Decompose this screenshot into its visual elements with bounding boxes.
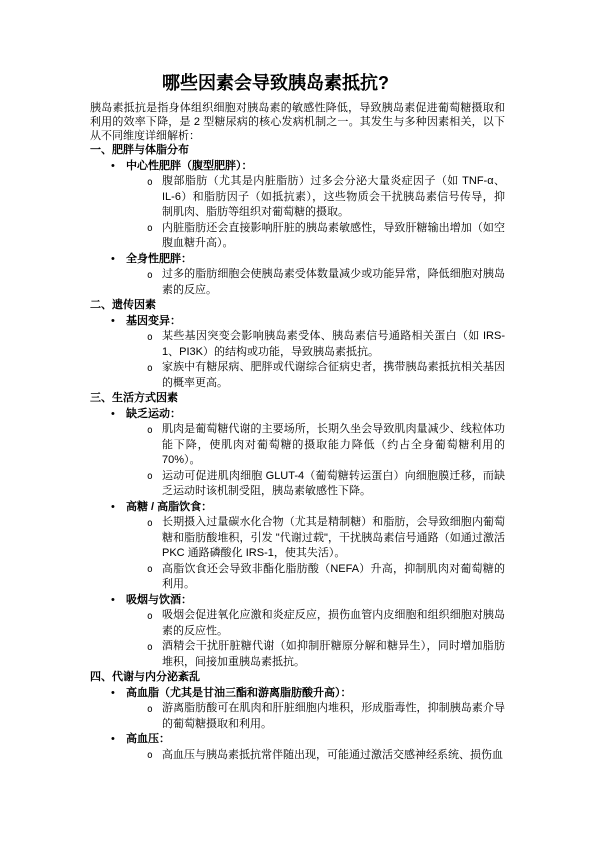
circle-bullet-icon: o	[147, 562, 153, 578]
sub-list-item: o高血压与胰岛素抵抗常伴随出现，可能通过激活交感神经系统、损伤血	[90, 748, 505, 764]
bullet-icon: •	[111, 593, 115, 609]
list-item-label: 高血脂（尤其是甘油三酯和游离脂肪酸升高）：	[126, 687, 352, 699]
sub-list-item: o高脂饮食还会导致非酯化脂肪酸（NEFA）升高，抑制肌肉对葡萄糖的利用。	[90, 562, 505, 593]
sections-container: 一、肥胖与体脂分布•中心性肥胖（腹型肥胖）：o腹部脂肪（尤其是内脏脂肪）过多会分…	[90, 143, 505, 763]
circle-bullet-icon: o	[147, 330, 153, 346]
sub-list-item: o家族中有糖尿病、肥胖或代谢综合征病史者，携带胰岛素抵抗相关基因的概率更高。	[90, 360, 505, 391]
bullet-icon: •	[111, 252, 115, 268]
sub-list-item-text: 游离脂肪酸可在肌肉和肝脏细胞内堆积，形成脂毒性，抑制胰岛素介导的葡萄糖摄取和利用…	[162, 702, 505, 730]
sub-list-item: o吸烟会促进氧化应激和炎症反应，损伤血管内皮细胞和组织细胞对胰岛素的反应性。	[90, 608, 505, 639]
section-heading: 二、遗传因素	[90, 298, 505, 314]
sub-list-item: o腹部脂肪（尤其是内脏脂肪）过多会分泌大量炎症因子（如 TNF-α、IL-6）和…	[90, 174, 505, 221]
bullet-icon: •	[111, 500, 115, 516]
list-item: •中心性肥胖（腹型肥胖）：	[90, 159, 505, 175]
list-item-label: 缺乏运动：	[126, 408, 181, 420]
document-page: 哪些因素会导致胰岛素抵抗? 胰岛素抵抗是指身体组织细胞对胰岛素的敏感性降低，导致…	[0, 0, 595, 841]
list-item: •基因变异：	[90, 314, 505, 330]
circle-bullet-icon: o	[147, 609, 153, 625]
list-item: •高血压：	[90, 732, 505, 748]
bullet-icon: •	[111, 732, 115, 748]
list-item-label: 高血压：	[126, 733, 170, 745]
sub-list-item: o肌肉是葡萄糖代谢的主要场所，长期久坐会导致肌肉量减少、线粒体功能下降，使肌肉对…	[90, 422, 505, 469]
list-item: •缺乏运动：	[90, 407, 505, 423]
bullet-icon: •	[111, 159, 115, 175]
list-item: •高血脂（尤其是甘油三酯和游离脂肪酸升高）：	[90, 686, 505, 702]
list-item-label: 高糖 / 高脂饮食：	[126, 501, 212, 513]
list-item-label: 全身性肥胖：	[126, 253, 192, 265]
list-item: •高糖 / 高脂饮食：	[90, 500, 505, 516]
circle-bullet-icon: o	[147, 268, 153, 284]
sub-list-item-text: 过多的脂肪细胞会使胰岛素受体数量减少或功能异常，降低细胞对胰岛素的反应。	[162, 268, 505, 296]
sub-list-item: o内脏脂肪还会直接影响肝脏的胰岛素敏感性，导致肝糖输出增加（如空腹血糖升高）。	[90, 221, 505, 252]
sub-list-item-text: 运动可促进肌肉细胞 GLUT-4（葡萄糖转运蛋白）向细胞膜迁移，而缺乏运动时该机…	[162, 470, 505, 498]
circle-bullet-icon: o	[147, 702, 153, 718]
section-heading: 三、生活方式因素	[90, 391, 505, 407]
bullet-icon: •	[111, 686, 115, 702]
bullet-icon: •	[111, 314, 115, 330]
sub-list-item: o游离脂肪酸可在肌肉和肝脏细胞内堆积，形成脂毒性，抑制胰岛素介导的葡萄糖摄取和利…	[90, 701, 505, 732]
sub-list-item-text: 家族中有糖尿病、肥胖或代谢综合征病史者，携带胰岛素抵抗相关基因的概率更高。	[162, 361, 505, 389]
circle-bullet-icon: o	[147, 221, 153, 237]
sub-list-item: o某些基因突变会影响胰岛素受体、胰岛素信号通路相关蛋白（如 IRS-1、PI3K…	[90, 329, 505, 360]
sub-list-item-text: 吸烟会促进氧化应激和炎症反应，损伤血管内皮细胞和组织细胞对胰岛素的反应性。	[162, 609, 505, 637]
circle-bullet-icon: o	[147, 640, 153, 656]
sub-list-item-text: 某些基因突变会影响胰岛素受体、胰岛素信号通路相关蛋白（如 IRS-1、PI3K）…	[162, 330, 505, 358]
sub-list-item: o运动可促进肌肉细胞 GLUT-4（葡萄糖转运蛋白）向细胞膜迁移，而缺乏运动时该…	[90, 469, 505, 500]
circle-bullet-icon: o	[147, 748, 153, 764]
circle-bullet-icon: o	[147, 469, 153, 485]
circle-bullet-icon: o	[147, 361, 153, 377]
section-heading: 一、肥胖与体脂分布	[90, 143, 505, 159]
list-item-label: 吸烟与饮酒：	[126, 594, 192, 606]
list-item: •吸烟与饮酒：	[90, 593, 505, 609]
circle-bullet-icon: o	[147, 423, 153, 439]
circle-bullet-icon: o	[147, 516, 153, 532]
document-title: 哪些因素会导致胰岛素抵抗?	[90, 71, 505, 95]
sub-list-item-text: 高血压与胰岛素抵抗常伴随出现，可能通过激活交感神经系统、损伤血	[162, 749, 503, 761]
sub-list-item: o酒精会干扰肝脏糖代谢（如抑制肝糖原分解和糖异生），同时增加脂肪堆积，间接加重胰…	[90, 639, 505, 670]
sub-list-item-text: 腹部脂肪（尤其是内脏脂肪）过多会分泌大量炎症因子（如 TNF-α、IL-6）和脂…	[162, 175, 505, 218]
sub-list-item-text: 长期摄入过量碳水化合物（尤其是精制糖）和脂肪，会导致细胞内葡萄糖和脂肪酸堆积，引…	[162, 516, 505, 559]
list-item: •全身性肥胖：	[90, 252, 505, 268]
sub-list-item: o长期摄入过量碳水化合物（尤其是精制糖）和脂肪，会导致细胞内葡萄糖和脂肪酸堆积，…	[90, 515, 505, 562]
list-item-label: 中心性肥胖（腹型肥胖）：	[126, 160, 253, 172]
sub-list-item-text: 高脂饮食还会导致非酯化脂肪酸（NEFA）升高，抑制肌肉对葡萄糖的利用。	[162, 563, 505, 591]
intro-paragraph: 胰岛素抵抗是指身体组织细胞对胰岛素的敏感性降低，导致胰岛素促进葡萄糖摄取和利用的…	[90, 101, 505, 143]
section-heading: 四、代谢与内分泌紊乱	[90, 670, 505, 686]
sub-list-item-text: 内脏脂肪还会直接影响肝脏的胰岛素敏感性，导致肝糖输出增加（如空腹血糖升高）。	[162, 222, 505, 250]
sub-list-item-text: 肌肉是葡萄糖代谢的主要场所，长期久坐会导致肌肉量减少、线粒体功能下降，使肌肉对葡…	[162, 423, 505, 466]
circle-bullet-icon: o	[147, 175, 153, 191]
bullet-icon: •	[111, 407, 115, 423]
list-item-label: 基因变异：	[126, 315, 181, 327]
sub-list-item-text: 酒精会干扰肝脏糖代谢（如抑制肝糖原分解和糖异生），同时增加脂肪堆积，间接加重胰岛…	[162, 640, 505, 668]
sub-list-item: o过多的脂肪细胞会使胰岛素受体数量减少或功能异常，降低细胞对胰岛素的反应。	[90, 267, 505, 298]
